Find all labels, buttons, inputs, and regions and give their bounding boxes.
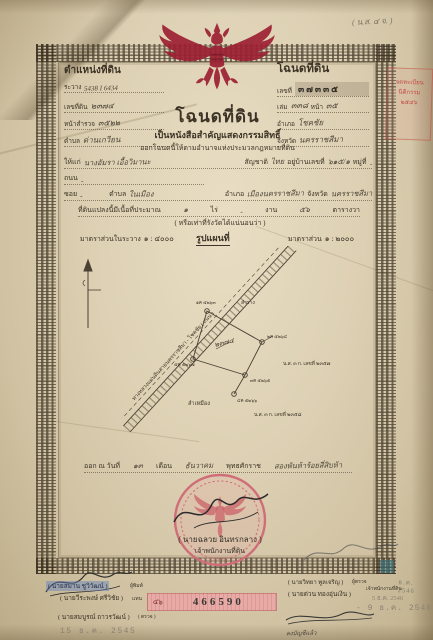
border-left-strip <box>36 44 56 574</box>
owner-road: - <box>81 174 204 185</box>
owner-name: นางอัมรา เอื้อวิมานะ <box>84 155 242 170</box>
field-label: จังหวัด <box>307 189 328 200</box>
field-label: หน้า <box>311 102 323 112</box>
paper-edge-top <box>0 0 433 14</box>
issue-day: ๑๓ <box>123 460 153 473</box>
owner-soi: - <box>80 191 106 200</box>
right-section-title: โฉนดที่ดิน <box>277 60 329 78</box>
scale-left: มาตราส่วนในระวาง ๑ : ๔๐๐๐ <box>80 233 200 245</box>
field-label: ออก ณ วันที่ <box>84 461 120 472</box>
field-label: สัญชาติ <box>244 157 267 168</box>
field-land-number: เลขที่ดิน ๒๓๗๔ <box>64 99 164 113</box>
serial-number: 466590 <box>166 596 271 608</box>
official-seal <box>166 470 274 574</box>
field-label: ถนน <box>64 173 78 184</box>
corner-label: ๓ค ๕๒๖๕ <box>250 378 271 383</box>
scale-right: มาตราส่วน ๑ : ๒๐๐๐ <box>288 233 378 245</box>
document-subtitle2: ออกโฉนดนี้ให้ตามอำนาจแห่งประมวลกฎหมายที่… <box>115 143 320 154</box>
clerk-role: ผู้พิมพ์ <box>130 582 143 590</box>
officer-role: แทน <box>132 595 142 603</box>
inspector-name: ( นายวิทยา พูลเจริญ ) <box>288 577 343 587</box>
map-heading: รูปแผนที่ <box>196 231 230 246</box>
land-officer-name: ( นายด่วน ทองอุ่นเงิน ) <box>288 589 351 599</box>
corner-label: ๔ค ๕๒๖๖ <box>237 398 257 403</box>
officer-name: ( นายวีระพงษ์ ศรีวิชัย ) <box>60 593 123 603</box>
field-label: ให้แก่ <box>64 157 81 168</box>
owner-row: ให้แก่ นางอัมรา เอื้อวิมานะ สัญชาติ ไทย … <box>64 156 372 169</box>
field-value: ๓๓๘ <box>290 99 307 112</box>
north-arrow <box>83 260 101 328</box>
land-officer-title: เจ้าพนักงานที่ดิน <box>366 585 402 593</box>
owner-location-row: ซอย - ตำบล ในเมือง อำเภอ เมืองนครราชสีมา… <box>64 188 372 201</box>
corner-label: ๒ค ๕๒๖๔ <box>267 334 288 339</box>
left-section-title: ตำแหน่งที่ดิน <box>64 63 121 78</box>
checker-name: ( นายสมบูรณ์ ถาวรวัฒน์ ) <box>58 612 130 622</box>
officer-signature <box>282 606 377 628</box>
field-deed-number: เลขที่ ๓๗๓๓๕ <box>277 82 369 97</box>
document-title: โฉนดที่ดิน <box>150 103 285 130</box>
date-stamp: 15 ธ.ค. 2545 <box>60 624 136 637</box>
owner-address: ๖๑๕/๑ <box>328 156 350 168</box>
document-subtitle: เป็นหนังสือสำคัญแสดงกรรมสิทธิ์ <box>125 128 310 142</box>
field-ravang: ระวาง 5438 I 6434 <box>64 82 164 93</box>
checker-role: ( ตรวจ ) <box>138 613 156 621</box>
owner-road-row: ถนน - <box>64 173 204 185</box>
field-label: ซอย <box>64 189 77 200</box>
owner-tambon: ในเมือง <box>129 187 222 201</box>
area-row: ที่ดินแปลงนี้มีเนื้อที่ประมาณ ๑ ไร่ - งา… <box>78 204 360 217</box>
field-label: มาตราส่วน <box>288 234 322 245</box>
field-label: มาตราส่วนในระวาง <box>80 234 141 245</box>
owner-province: นครราชสีมา <box>331 188 372 201</box>
scale-value: ๑ : ๒๐๐๐ <box>325 233 354 245</box>
ledger-note: ลงบัญชีแล้ว <box>286 628 317 639</box>
corner-label: ๕ค ๕๒๖๗ <box>174 362 195 367</box>
parcel-number: ๒๓๗๔ <box>214 336 237 349</box>
owner-amphoe: เมืองนครราชสีมา <box>247 188 304 201</box>
registrar-name: ( นายฉลวย อินทรกลาง ) <box>130 533 310 546</box>
field-label: ระวาง <box>64 82 81 92</box>
clerk-name-highlighted: ( นายสมาน ชูวิวัฒน์ ) <box>46 581 109 591</box>
cadastral-map: ทางหลวงแผ่นดินสายนครราชสีมา - โชคชัย ( ถ… <box>58 246 374 458</box>
stamp-line: ๒๕๔๖ <box>387 96 431 108</box>
owner-moo: - <box>369 159 372 168</box>
pencil-scrawl <box>300 540 400 566</box>
field-label: เลขที่ <box>277 86 292 96</box>
field-value: 5438 I 6434 <box>84 83 164 92</box>
corner-label: ๑ค ๕๒๖๓ <box>196 300 216 305</box>
field-volume-page: เล่ม ๓๓๘ หน้า ๓๕ <box>277 99 369 113</box>
area-wa: ๕๖ <box>280 204 329 217</box>
registrar-title: เจ้าพนักงานที่ดิน <box>140 546 300 557</box>
owner-nationality: ไทย <box>271 156 284 168</box>
field-label: หน้าสำรวจ <box>64 119 95 129</box>
field-label: หมู่ที่ <box>353 157 367 168</box>
serial-number-band: ๔๖ 466590 <box>147 593 277 611</box>
field-label: ไร่ <box>211 205 218 216</box>
neighbor-parcel-label: น.ส. ๓ ก. เลขที่ ๒๓๕๘ <box>254 411 302 418</box>
field-label: ตำบล <box>109 189 126 200</box>
inspector-role: ผู้ตรวจ <box>352 578 367 586</box>
land-deed-document: ( น.ส. ๔ จ. ) <box>0 0 433 640</box>
area-rai: ๑ <box>164 204 208 217</box>
area-note: ( หรือเท่าที่รังวัดได้แน่นอนว่า ) <box>140 218 300 229</box>
map-feature-label: ลำเหมือง <box>188 400 210 407</box>
field-label: ตารางวา <box>333 205 360 216</box>
field-value: ๓๕ <box>326 99 369 113</box>
field-label: ตำบล <box>64 136 80 146</box>
serial-prefix: ๔๖ <box>153 597 163 608</box>
field-value-stamped: ๓๗๓๓๕ <box>295 82 369 96</box>
red-registry-stamp: จดทะเบียน นิติกรรม ๒๕๔๖ <box>385 67 433 141</box>
field-label: อยู่บ้านเลขที่ <box>287 157 325 168</box>
neighbor-parcel-label: น.ส. ๓ ก. เลขที่ ๒๓๕๗ <box>283 360 331 367</box>
issue-year: สองพันห้าร้อยสี่สิบห้า <box>264 459 352 473</box>
field-label: เลขที่ดิน <box>64 102 88 112</box>
field-label: อำเภอ <box>225 189 244 200</box>
map-feature-label: ลำราง <box>241 300 255 306</box>
scale-value: ๑ : ๔๐๐๐ <box>144 233 174 245</box>
form-code-note: ( น.ส. ๔ จ. ) <box>352 14 393 29</box>
field-label: ที่ดินแปลงนี้มีเนื้อที่ประมาณ <box>78 205 161 216</box>
area-ngan: - <box>221 207 262 217</box>
field-label: งาน <box>265 205 277 216</box>
